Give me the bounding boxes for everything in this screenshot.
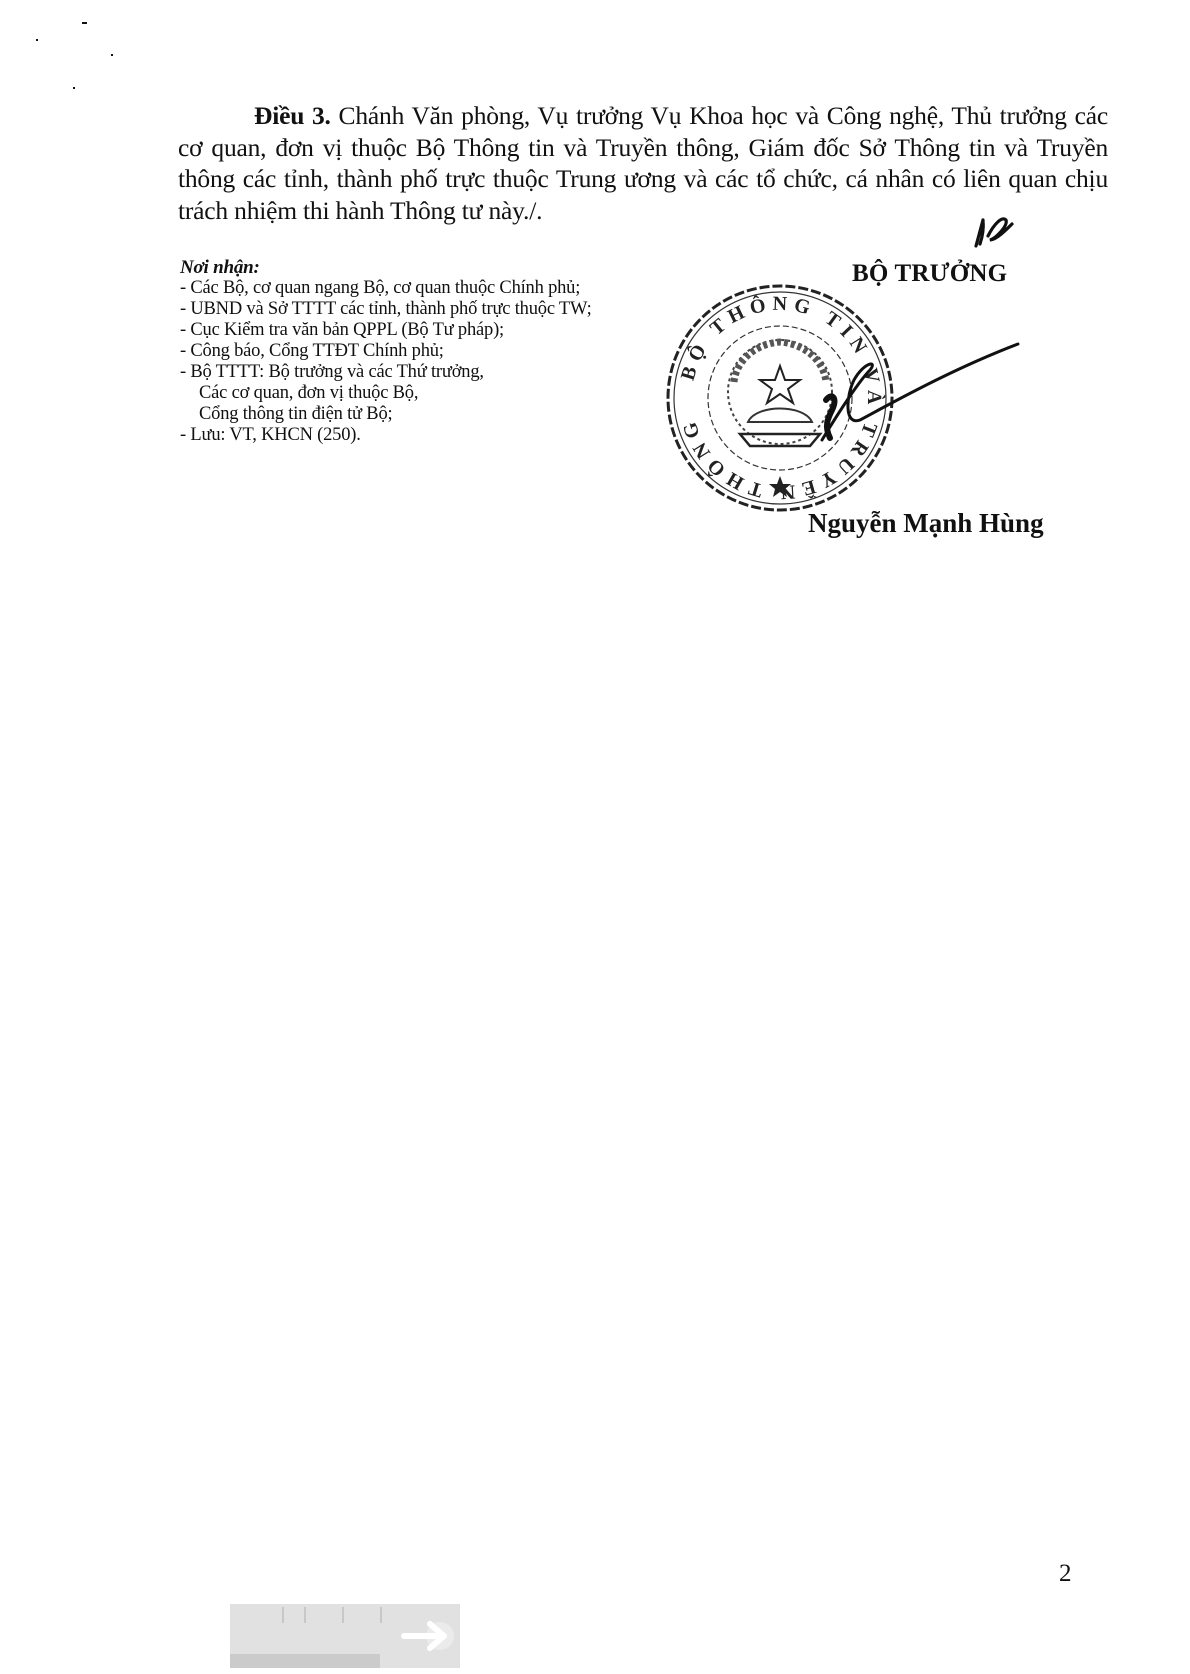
handwritten-signature <box>820 340 1020 450</box>
recipient-item: - Cục Kiểm tra văn bản QPPL (Bộ Tư pháp)… <box>180 320 592 341</box>
watermark-shade <box>230 1654 380 1668</box>
recipients-title: Nơi nhận: <box>180 257 592 278</box>
recipients-block: Nơi nhận: - Các Bộ, cơ quan ngang Bộ, cơ… <box>180 257 592 446</box>
page-number: 2 <box>1059 1560 1072 1588</box>
recipient-item: Các cơ quan, đơn vị thuộc Bộ, <box>180 383 592 404</box>
scan-speck <box>82 22 87 24</box>
signer-name: Nguyễn Mạnh Hùng <box>808 508 1044 539</box>
article-label: Điều 3. <box>254 101 331 130</box>
arrow-right-icon <box>400 1618 456 1654</box>
scan-speck <box>73 87 75 89</box>
recipient-item: - Công báo, Cổng TTĐT Chính phủ; <box>180 341 592 362</box>
recipient-item: - Lưu: VT, KHCN (250). <box>180 425 592 446</box>
recipient-item: - Bộ TTTT: Bộ trưởng và các Thứ trưởng, <box>180 362 592 383</box>
recipient-item: - UBND và Sở TTTT các tỉnh, thành phố tr… <box>180 299 592 320</box>
recipient-item: Cổng thông tin điện tử Bộ; <box>180 404 592 425</box>
scan-speck <box>111 54 113 56</box>
initials-mark <box>968 208 1018 250</box>
scanner-watermark <box>230 1604 460 1668</box>
recipient-item: - Các Bộ, cơ quan ngang Bộ, cơ quan thuộ… <box>180 278 592 299</box>
scan-speck <box>36 39 38 41</box>
